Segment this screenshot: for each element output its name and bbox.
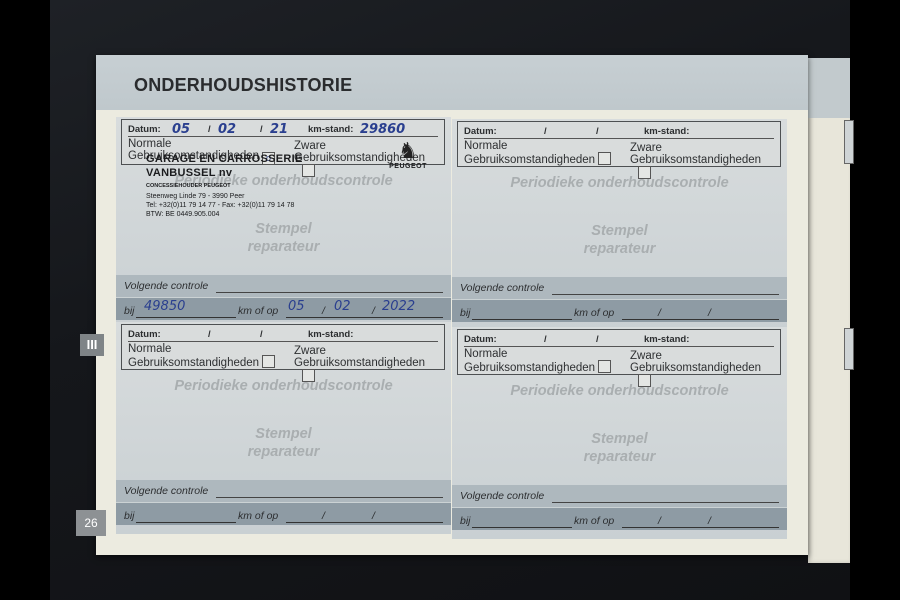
at-label: bij <box>124 305 135 317</box>
heavy-conditions-label-2: Gebruiksomstandigheden <box>630 154 761 166</box>
date-slash: / <box>260 329 263 340</box>
date-km-line: Datum: / / km-stand: <box>128 327 438 342</box>
date-label: Datum: <box>464 126 497 137</box>
next-check-row: Volgende controle <box>452 485 787 507</box>
date-year-field[interactable]: 21 <box>270 122 288 137</box>
next-km-line <box>472 527 572 528</box>
stamp-area-title: Periodieke onderhoudscontrole <box>452 383 787 399</box>
date-month-field[interactable]: 02 <box>218 122 236 137</box>
km-stand-label: km-stand: <box>308 124 353 135</box>
km-or-on-label: km of op <box>238 305 278 317</box>
date-slash: / <box>708 307 711 319</box>
peugeot-logo: ♞ PEUGEOT <box>378 139 438 170</box>
next-check-km-date-row: bij km of op / / <box>452 300 787 322</box>
stamp-label: Stempel <box>116 425 451 443</box>
km-or-on-label: km of op <box>574 515 614 527</box>
next-date-month-field[interactable]: 02 <box>334 299 351 314</box>
stamp-area-title: Periodieke onderhoudscontrole <box>116 378 451 394</box>
next-km-line <box>472 319 572 320</box>
date-km-box: Datum: / / km-stand: Normale Gebruiksoms… <box>457 329 781 375</box>
date-slash: / <box>658 515 661 527</box>
next-check-row: Volgende controle <box>116 275 451 297</box>
next-page-datebox-edge <box>844 328 854 370</box>
stamp-area-subtitle: Stempel reparateur <box>452 430 787 466</box>
date-slash: / <box>322 510 325 522</box>
date-label: Datum: <box>128 124 161 135</box>
normal-conditions-checkbox[interactable] <box>598 360 611 373</box>
heavy-conditions-label-1: Zware <box>294 345 444 357</box>
next-check-label: Volgende controle <box>460 490 544 502</box>
date-slash: / <box>260 124 263 135</box>
date-km-line: Datum: 05 / 02 / 21 km-stand: 29860 <box>128 122 438 137</box>
next-check-line <box>552 502 779 503</box>
next-date-day-field[interactable]: 05 <box>288 299 305 314</box>
dealer-address: Steenweg Linde 79 - 3990 Peer <box>146 193 244 200</box>
next-km-line <box>136 522 236 523</box>
date-slash: / <box>544 334 547 345</box>
maintenance-entry-4: Datum: / / km-stand: Normale Gebruiksoms… <box>452 327 787 539</box>
next-date-line <box>286 317 443 318</box>
normal-conditions-label-1: Normale <box>128 138 275 150</box>
repairer-label: reparateur <box>116 443 451 461</box>
next-check-line <box>216 292 443 293</box>
dealer-type: CONCESSIEHOUDER PEUGEOT <box>146 183 231 189</box>
stamp-area-subtitle: Stempel reparateur <box>116 220 451 256</box>
repairer-label: reparateur <box>452 448 787 466</box>
normal-conditions-label-2: Gebruiksomstandigheden <box>464 362 595 374</box>
next-date-line <box>286 522 443 523</box>
date-slash: / <box>208 124 211 135</box>
normal-conditions: Normale Gebruiksomstandigheden <box>464 140 611 166</box>
next-date-year-field[interactable]: 2022 <box>382 299 415 314</box>
maintenance-entry-2: Datum: / / km-stand: Normale Gebruiksoms… <box>452 119 787 331</box>
km-or-on-label: km of op <box>574 307 614 319</box>
date-slash: / <box>544 126 547 137</box>
next-page-header-band <box>808 58 850 118</box>
stamp-label: Stempel <box>452 430 787 448</box>
normal-conditions-label-1: Normale <box>128 343 275 355</box>
stamp-area-title: Periodieke onderhoudscontrole <box>452 175 787 191</box>
dealer-name-line1: GARAGE EN CARROSSERIE <box>146 153 303 165</box>
next-check-label: Volgende controle <box>460 282 544 294</box>
normal-conditions-label-1: Normale <box>464 348 611 360</box>
next-km-field[interactable]: 49850 <box>144 299 185 314</box>
next-check-row: Volgende controle <box>116 480 451 502</box>
page-title: ONDERHOUDSHISTORIE <box>134 75 352 96</box>
dealer-phone: Tel: +32(0)11 79 14 77 - Fax: +32(0)11 7… <box>146 202 294 209</box>
page-number: 26 <box>76 510 106 536</box>
next-check-km-date-row: bij 49850 km of op / / 05 02 2022 <box>116 298 451 320</box>
date-km-line: Datum: / / km-stand: <box>464 124 774 139</box>
stamp-area-subtitle: Stempel reparateur <box>452 222 787 258</box>
normal-conditions: Normale Gebruiksomstandigheden <box>464 348 611 374</box>
maintenance-entry-1: Datum: 05 / 02 / 21 km-stand: 29860 Norm… <box>116 117 451 329</box>
next-km-line <box>136 317 236 318</box>
next-check-line <box>552 294 779 295</box>
next-page-datebox-edge <box>844 120 854 164</box>
heavy-conditions-label-2: Gebruiksomstandigheden <box>630 362 761 374</box>
date-slash: / <box>372 305 375 317</box>
next-date-line <box>622 527 779 528</box>
km-stand-label: km-stand: <box>644 334 689 345</box>
at-label: bij <box>460 515 471 527</box>
next-check-label: Volgende controle <box>124 485 208 497</box>
at-label: bij <box>124 510 135 522</box>
date-slash: / <box>208 329 211 340</box>
section-tab-marker: III <box>80 334 104 356</box>
heavy-conditions-label-2: Gebruiksomstandigheden <box>294 357 425 369</box>
stamp-label: Stempel <box>116 220 451 238</box>
km-or-on-label: km of op <box>238 510 278 522</box>
date-km-box: Datum: / / km-stand: Normale Gebruiksoms… <box>457 121 781 167</box>
dealer-name-line2: VANBUSSEL nv <box>146 167 232 179</box>
next-check-km-date-row: bij km of op / / <box>116 503 451 525</box>
next-date-line <box>622 319 779 320</box>
date-slash: / <box>658 307 661 319</box>
maintenance-entry-3: Datum: / / km-stand: Normale Gebruiksoms… <box>116 322 451 534</box>
km-stand-field[interactable]: 29860 <box>360 122 405 137</box>
date-km-box: Datum: / / km-stand: Normale Gebruiksoms… <box>121 324 445 370</box>
peugeot-brand-text: PEUGEOT <box>378 163 438 170</box>
date-label: Datum: <box>464 334 497 345</box>
dealer-vat: BTW: BE 0449.905.004 <box>146 211 219 218</box>
repairer-label: reparateur <box>116 238 451 256</box>
normal-conditions-label-1: Normale <box>464 140 611 152</box>
date-slash: / <box>708 515 711 527</box>
stamp-area-subtitle: Stempel reparateur <box>116 425 451 461</box>
next-check-label: Volgende controle <box>124 280 208 292</box>
normal-conditions-label-2: Gebruiksomstandigheden <box>464 154 595 166</box>
at-label: bij <box>460 307 471 319</box>
heavy-conditions-label-1: Zware <box>630 350 780 362</box>
date-day-field[interactable]: 05 <box>172 122 190 137</box>
km-stand-label: km-stand: <box>308 329 353 340</box>
stamp-label: Stempel <box>452 222 787 240</box>
peugeot-lion-icon: ♞ <box>378 139 438 163</box>
next-check-line <box>216 497 443 498</box>
normal-conditions-label-2: Gebruiksomstandigheden <box>128 357 259 369</box>
next-check-km-date-row: bij km of op / / <box>452 508 787 530</box>
date-slash: / <box>596 126 599 137</box>
date-slash: / <box>372 510 375 522</box>
date-km-line: Datum: / / km-stand: <box>464 332 774 347</box>
date-slash: / <box>322 305 325 317</box>
next-check-row: Volgende controle <box>452 277 787 299</box>
km-stand-label: km-stand: <box>644 126 689 137</box>
repairer-label: reparateur <box>452 240 787 258</box>
normal-conditions-checkbox[interactable] <box>598 152 611 165</box>
normal-conditions: Normale Gebruiksomstandigheden <box>128 343 275 369</box>
next-page-edge <box>808 58 850 563</box>
date-label: Datum: <box>128 329 161 340</box>
header-band: ONDERHOUDSHISTORIE <box>96 55 808 110</box>
heavy-conditions-label-1: Zware <box>630 142 780 154</box>
normal-conditions-checkbox[interactable] <box>262 355 275 368</box>
date-slash: / <box>596 334 599 345</box>
